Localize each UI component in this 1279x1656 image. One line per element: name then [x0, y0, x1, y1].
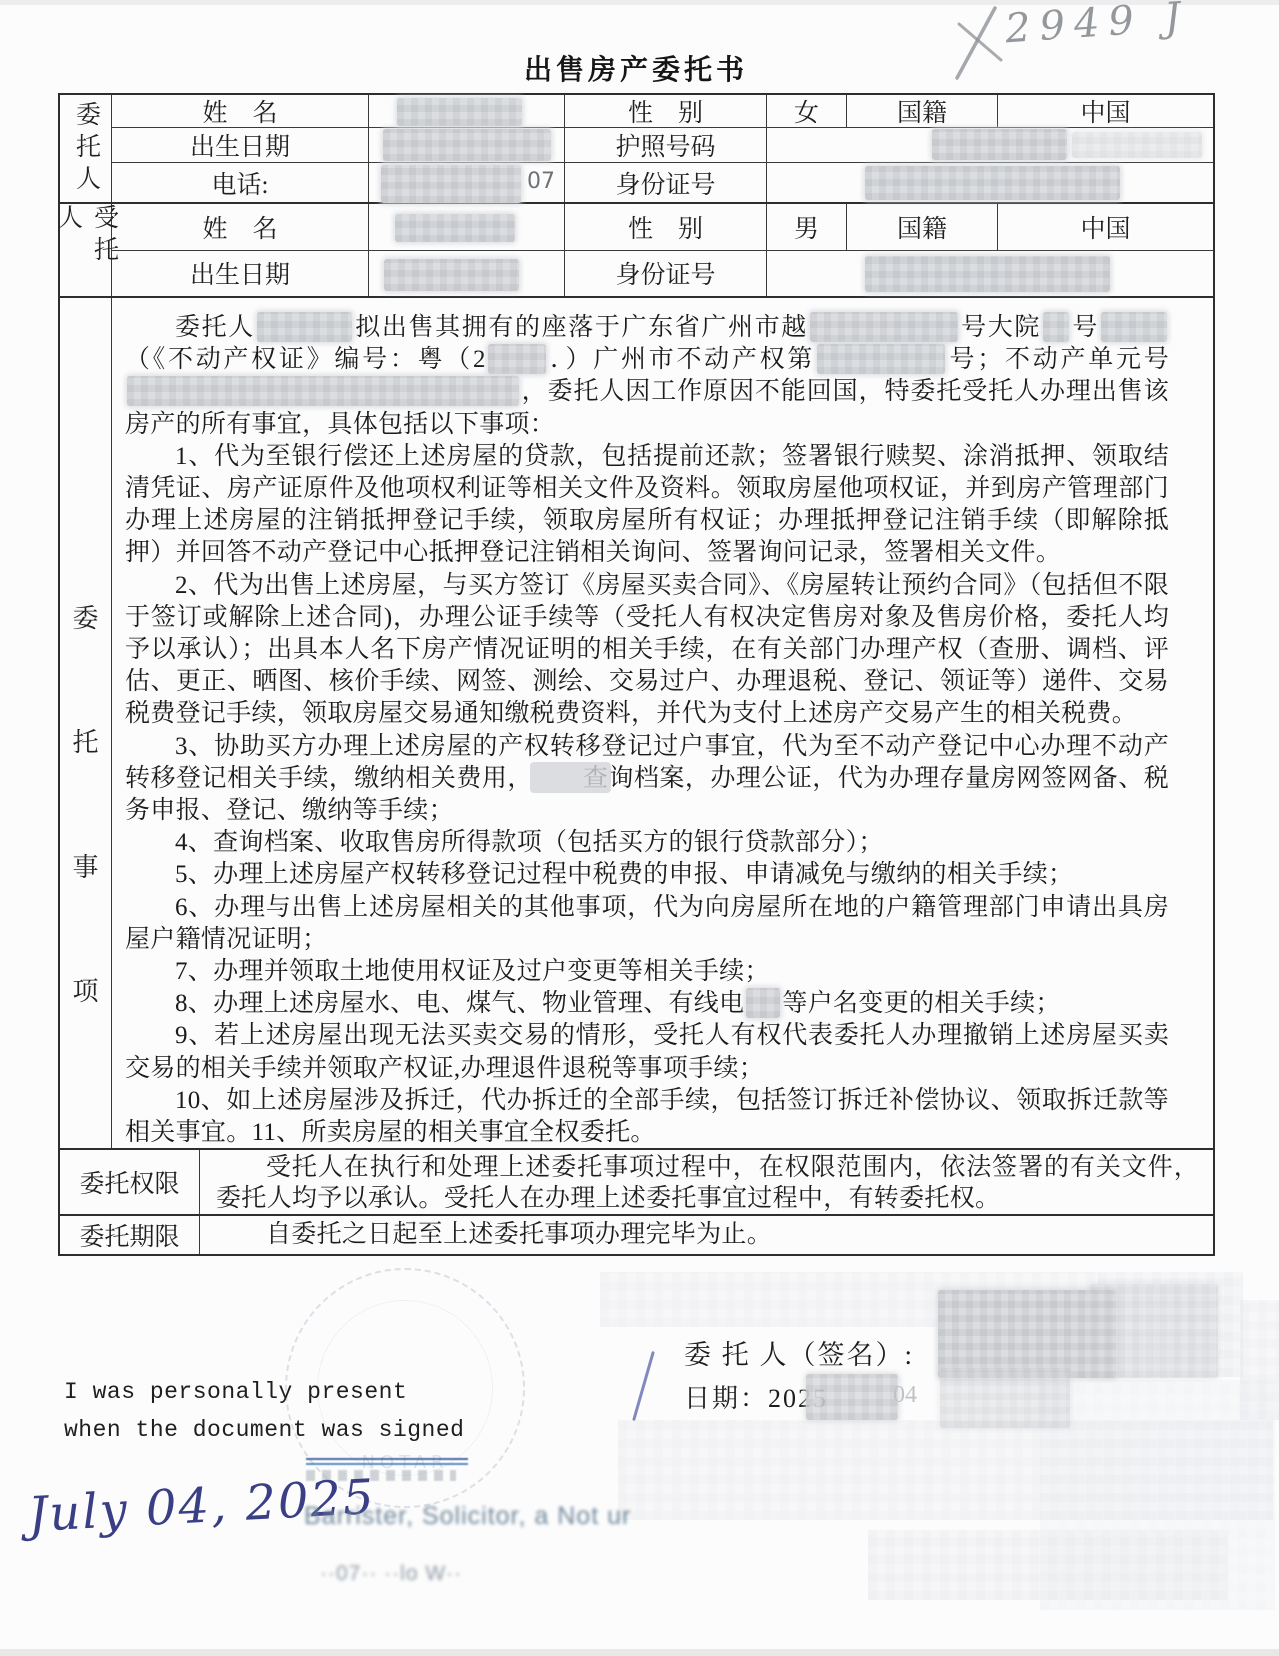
redaction-block — [865, 166, 1120, 200]
nationality-label: 国籍 — [847, 95, 998, 127]
smudged-character: 查 — [533, 763, 608, 795]
redaction-block — [381, 165, 521, 203]
table-row: 姓 名 性 别 男 国籍 中国 — [112, 204, 1213, 251]
inline-redaction-block — [257, 312, 352, 342]
date-redaction-block — [940, 1368, 1070, 1428]
name-label: 姓 名 — [112, 204, 369, 250]
barrister-solicitor-line: Barrister, Solicitor, a Not ur — [304, 1502, 631, 1531]
authority-text: 受托人在执行和处理上述委托事项过程中，在权限范围内，依法签署的有关文件，委托人均… — [216, 1153, 1199, 1214]
inline-redaction-block — [1043, 312, 1069, 342]
redaction-block — [932, 129, 1067, 160]
table-row: 出生日期 身份证号 — [112, 251, 1213, 296]
date-redaction-block — [806, 1374, 898, 1420]
id-label: 身份证号 — [565, 163, 767, 202]
authority-label: 委托权限 — [60, 1150, 200, 1214]
blurred-address-line: ··07·· ··lo W·· — [320, 1562, 462, 1586]
duration-label: 委托期限 — [60, 1216, 200, 1254]
redaction-block — [1072, 132, 1202, 158]
matters-paragraph: 10、如上述房屋涉及拆迁，代办拆迁的全部手续，包括签订拆迁补偿协议、领取拆迁款等… — [125, 1085, 1169, 1149]
matters-paragraph: 4、查询档案、收取售房所得款项（包括买方的银行贷款部分）； — [125, 827, 1169, 859]
principal-nationality-value: 中国 — [998, 95, 1213, 127]
gender-label: 性 别 — [565, 204, 767, 250]
agent-row-header: 受托人 — [60, 204, 112, 296]
matters-label-char: 项 — [72, 971, 98, 1008]
redaction-block — [383, 129, 551, 161]
inline-redaction-block — [1101, 312, 1167, 342]
phone-label: 电话: — [112, 163, 369, 202]
inline-redaction-block — [810, 312, 958, 342]
matters-label-char: 托 — [72, 722, 98, 759]
principal-passport-cell — [767, 128, 1213, 162]
principal-label: 委托人 — [68, 101, 104, 197]
dob-label: 出生日期 — [112, 128, 369, 162]
principal-signature-label: 委 托 人（签名）: — [684, 1333, 914, 1372]
matters-paragraph: 7、办理并领取土地使用权证及过户变更等相关手续； — [125, 956, 1169, 988]
inline-redaction-block — [746, 988, 780, 1018]
authority-row: 委托权限 受托人在执行和处理上述委托事项过程中，在权限范围内，依法签署的有关文件… — [60, 1148, 1213, 1214]
id-label: 身份证号 — [565, 251, 767, 296]
signature-redaction-block — [1090, 1284, 1218, 1378]
entrusted-matters-text: 委托人拟出售其拥有的座落于广东省广州市越号大院号（《不动产权证》编号：粤（2．）… — [112, 298, 1213, 1148]
passport-label: 护照号码 — [565, 128, 767, 162]
matters-label-char: 委 — [72, 598, 98, 635]
inline-redaction-block — [127, 376, 519, 406]
document-title: 出售房产委托书 — [0, 48, 1272, 88]
principal-phone-cell: 07 — [369, 163, 565, 202]
table-row: 出生日期 护照号码 — [112, 128, 1213, 163]
scanned-document-page: 2949 J 出售房产委托书 委托人 姓 名 性 别 女 国籍 中国 — [0, 0, 1279, 1656]
matters-paragraph: 9、若上述房屋出现无法买卖交易的情形，受托人有权代表委托人办理撤销上述房屋买卖交… — [125, 1020, 1169, 1084]
redaction-patch — [1240, 1300, 1279, 1420]
authority-text-cell: 受托人在执行和处理上述委托事项过程中，在权限范围内，依法签署的有关文件，委托人均… — [200, 1150, 1213, 1214]
redaction-block — [397, 98, 522, 126]
principal-name-cell — [369, 95, 565, 127]
matters-paragraph: 3、协助买方办理上述房屋的产权转移登记过户事宜，代为至不动产登记中心办理不动产转… — [125, 731, 1169, 828]
agent-nationality-value: 中国 — [998, 204, 1213, 250]
agent-dob-cell — [369, 251, 565, 296]
nationality-label: 国籍 — [847, 204, 998, 250]
entrusted-matters-block: 委 托 事 项 委托人拟出售其拥有的座落于广东省广州市越号大院号（《不动产权证》… — [60, 296, 1213, 1148]
matters-paragraph: 5、办理上述房屋产权转移登记过程中税费的申报、申请减免与缴纳的相关手续； — [125, 859, 1169, 891]
redaction-patch — [618, 1420, 1273, 1520]
principal-id-cell — [767, 163, 1213, 202]
gender-label: 性 别 — [565, 95, 767, 127]
matters-paragraph: 8、办理上述房屋水、电、煤气、物业管理、有线电等户名变更的相关手续； — [125, 988, 1169, 1020]
entrusted-matters-header: 委 托 事 项 — [60, 298, 112, 1148]
redaction-patch — [868, 1530, 1228, 1600]
poa-table: 委托人 姓 名 性 别 女 国籍 中国 出生日期 — [58, 93, 1215, 1256]
witness-statement-line2: when the document was signed — [64, 1417, 464, 1443]
redaction-block — [395, 214, 515, 242]
date-visible-fragment: 04 — [893, 1382, 917, 1409]
redaction-block — [865, 256, 1110, 292]
duration-text-cell: 自委托之日起至上述委托事项办理完毕为止。 — [200, 1216, 1213, 1254]
name-label: 姓 名 — [112, 95, 369, 127]
notary-signature-underline — [306, 1458, 468, 1465]
principal-gender-value: 女 — [767, 95, 847, 127]
agent-gender-value: 男 — [767, 204, 847, 250]
matters-label-char: 事 — [72, 847, 98, 884]
matters-paragraph: 1、代为至银行偿还上述房屋的贷款，包括提前还款；签署银行赎契、涂消抵押、领取结清… — [125, 441, 1169, 570]
redaction-block — [384, 259, 519, 291]
inline-redaction-block — [817, 344, 945, 374]
table-row: 姓 名 性 别 女 国籍 中国 — [112, 95, 1213, 128]
principal-row-header: 委托人 — [60, 95, 112, 202]
principal-info-block: 委托人 姓 名 性 别 女 国籍 中国 出生日期 — [60, 95, 1213, 202]
scan-edge-bottom — [0, 1649, 1279, 1656]
inline-redaction-block — [488, 344, 546, 374]
phone-visible-digits: 07 — [527, 169, 555, 194]
matters-paragraph: 2、代为出售上述房屋，与买方签订《房屋买卖合同》、《房屋转让预约合同》（包括但不… — [125, 570, 1169, 731]
table-row: 电话: 07 身份证号 — [112, 163, 1213, 202]
agent-id-cell — [767, 251, 1213, 296]
duration-row: 委托期限 自委托之日起至上述委托事项办理完毕为止。 — [60, 1214, 1213, 1254]
agent-info-block: 受托人 姓 名 性 别 男 国籍 中国 出生日期 — [60, 202, 1213, 296]
handwritten-slash-mark — [632, 1351, 655, 1421]
witness-statement-line1: I was personally present — [64, 1379, 407, 1405]
principal-dob-cell — [369, 128, 565, 162]
matters-paragraph: 委托人拟出售其拥有的座落于广东省广州市越号大院号（《不动产权证》编号：粤（2．）… — [125, 312, 1169, 441]
dob-label: 出生日期 — [112, 251, 369, 296]
agent-name-cell — [369, 204, 565, 250]
duration-text: 自委托之日起至上述委托事项办理完毕为止。 — [216, 1220, 772, 1251]
matters-paragraph: 6、办理与出售上述房屋相关的其他事项，代为向房屋所在地的户籍管理部门申请出具房屋… — [125, 892, 1169, 956]
handwritten-corner-number: 2949 J — [1004, 0, 1191, 52]
agent-label: 受托人 — [50, 204, 122, 296]
